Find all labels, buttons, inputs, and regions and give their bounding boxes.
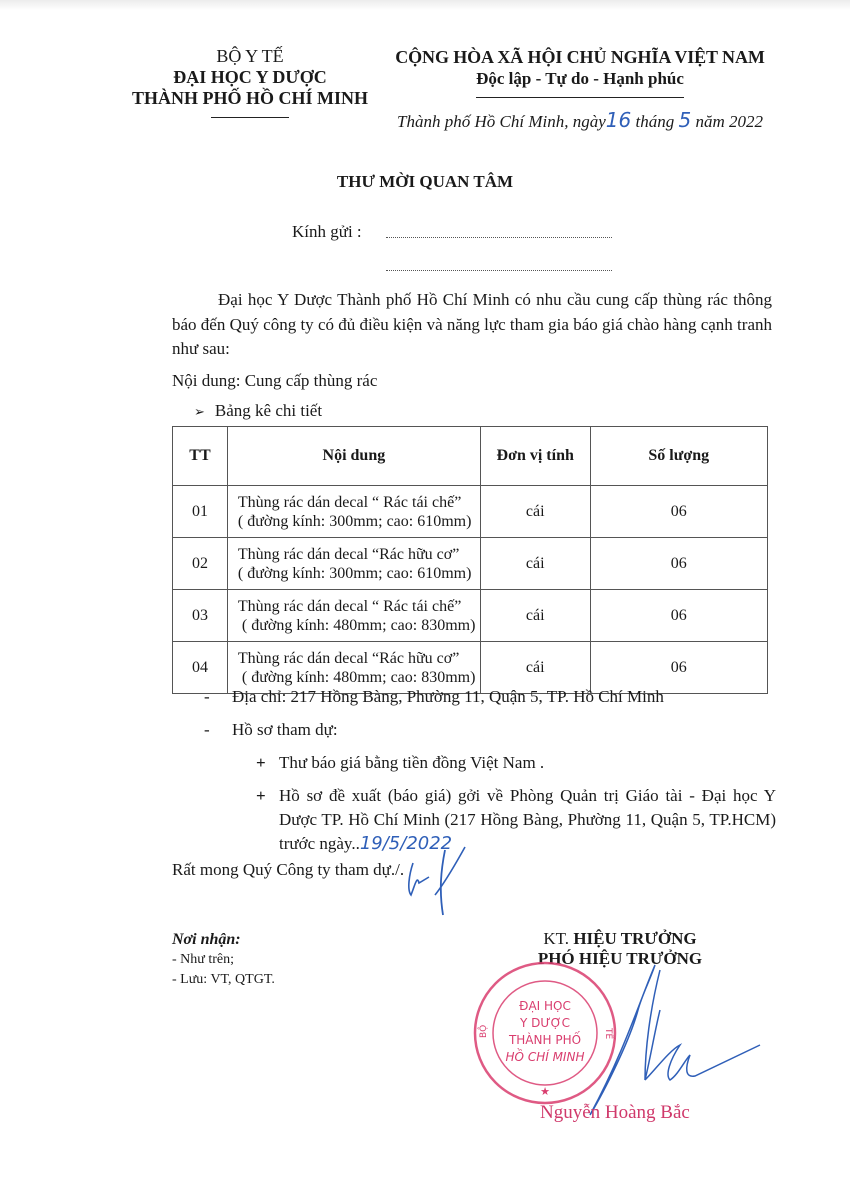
dossier-subitem-text: Thư báo giá bằng tiền đồng Việt Nam . — [279, 751, 776, 775]
plus-bullet: + — [256, 784, 266, 808]
cell-unit: cái — [480, 486, 590, 538]
deadline-handwritten: 19/5/2022 — [360, 833, 452, 854]
national-motto: Độc lập - Tự do - Hạnh phúc — [384, 68, 776, 90]
stamp-star-icon: ★ — [540, 1086, 550, 1098]
cell-unit: cái — [480, 590, 590, 642]
column-header-content: Nội dung — [227, 427, 480, 486]
intro-text: Đại học Y Dược Thành phố Hồ Chí Minh có … — [172, 290, 772, 358]
recipient-item: - Lưu: VT, QTGT. — [172, 970, 275, 990]
description-line2: ( đường kính: 480mm; cao: 830mm) — [238, 616, 479, 635]
university-name-line2: THÀNH PHỐ HỒ CHÍ MINH — [120, 88, 380, 109]
dash-bullet: - — [204, 718, 232, 742]
table-row: 01 Thùng rác dán decal “ Rác tái chế”( đ… — [173, 486, 768, 538]
ministry-name: BỘ Y TẾ — [120, 46, 380, 67]
recipients-heading: Nơi nhận: — [172, 930, 275, 950]
initials-signature — [395, 845, 485, 920]
dossier-subitem: + Thư báo giá bằng tiền đồng Việt Nam . — [256, 751, 776, 775]
dash-bullet: - — [204, 685, 232, 709]
university-name-line1: ĐẠI HỌC Y DƯỢC — [120, 67, 380, 88]
stamp-line-2: Y DƯỢC — [519, 1016, 570, 1030]
signature-prefix: KT. — [543, 929, 569, 948]
dossier-subitem: + Hồ sơ đề xuất (báo giá) gởi về Phòng Q… — [256, 784, 776, 856]
date-month-handwritten: 5 — [678, 108, 691, 132]
arrow-bullet-icon: ➢ — [194, 405, 205, 420]
cell-quantity: 06 — [590, 590, 767, 642]
cell-unit: cái — [480, 538, 590, 590]
description-line2: ( đường kính: 300mm; cao: 610mm) — [238, 564, 479, 583]
signature-title-1: HIỆU TRƯỞNG — [573, 929, 696, 948]
cell-tt: 02 — [173, 538, 228, 590]
addressee-blank-line-1 — [386, 237, 612, 238]
column-header-quantity: Số lượng — [590, 427, 767, 486]
description-line1: Thùng rác dán decal “Rác hữu cơ” — [238, 649, 479, 668]
cell-tt: 03 — [173, 590, 228, 642]
table-row: 03 Thùng rác dán decal “ Rác tái chế” ( … — [173, 590, 768, 642]
cell-quantity: 06 — [590, 486, 767, 538]
stamp-side-left: BỘ — [477, 1025, 489, 1038]
stamp-line-1: ĐẠI HỌC — [519, 999, 571, 1013]
address-text: Địa chỉ: 217 Hồng Bàng, Phường 11, Quận … — [232, 687, 664, 706]
country-name: CỘNG HÒA XÃ HỘI CHỦ NGHĨA VIỆT NAM — [384, 46, 776, 68]
cell-quantity: 06 — [590, 538, 767, 590]
month-label: tháng — [635, 112, 674, 131]
dossier-text: Hồ sơ tham dự: — [232, 720, 338, 739]
document-date: Thành phố Hồ Chí Minh, ngày16 tháng 5 nă… — [384, 108, 776, 132]
stamp-line-3: THÀNH PHỐ — [508, 1031, 581, 1047]
date-prefix: Thành phố Hồ Chí Minh, ngày — [397, 112, 606, 131]
items-table: TT Nội dung Đơn vị tính Số lượng 01 Thùn… — [172, 426, 768, 694]
address-item: -Địa chỉ: 217 Hồng Bàng, Phường 11, Quận… — [204, 685, 664, 709]
addressee-blank-line-2 — [386, 270, 612, 271]
description-line2: ( đường kính: 480mm; cao: 830mm) — [238, 668, 479, 687]
description-line2: ( đường kính: 300mm; cao: 610mm) — [238, 512, 479, 531]
detail-heading-text: Bảng kê chi tiết — [215, 401, 322, 420]
recipient-item: - Như trên; — [172, 950, 275, 970]
cell-description: Thùng rác dán decal “ Rác tái chế” ( đườ… — [227, 590, 480, 642]
submission-instructions: Hồ sơ đề xuất (báo giá) gởi về Phòng Quả… — [279, 786, 776, 853]
plus-bullet: + — [256, 751, 266, 775]
intro-paragraph: Đại học Y Dược Thành phố Hồ Chí Minh có … — [172, 288, 772, 362]
scan-edge — [0, 0, 850, 10]
cell-tt: 01 — [173, 486, 228, 538]
column-header-unit: Đơn vị tính — [480, 427, 590, 486]
dossier-item: -Hồ sơ tham dự: — [204, 718, 338, 742]
closing-line: Rất mong Quý Công ty tham dự./. — [172, 860, 404, 880]
header-underline — [211, 117, 289, 118]
description-line1: Thùng rác dán decal “Rác hữu cơ” — [238, 545, 479, 564]
stamp-side-right: TẾ — [603, 1027, 615, 1039]
issuer-header: BỘ Y TẾ ĐẠI HỌC Y DƯỢC THÀNH PHỐ HỒ CHÍ … — [120, 46, 380, 118]
greeting-label: Kính gửi : — [292, 222, 362, 242]
national-header: CỘNG HÒA XÃ HỘI CHỦ NGHĨA VIỆT NAM Độc l… — [384, 46, 776, 98]
motto-underline — [476, 97, 684, 98]
stamp-line-4: HỒ CHÍ MINH — [506, 1048, 585, 1064]
document-title: THƯ MỜI QUAN TÂM — [0, 172, 850, 192]
official-stamp-icon: ĐẠI HỌC Y DƯỢC THÀNH PHỐ HỒ CHÍ MINH BỘ … — [470, 958, 620, 1108]
cell-description: Thùng rác dán decal “Rác hữu cơ”( đường … — [227, 538, 480, 590]
date-day-handwritten: 16 — [606, 108, 631, 132]
table-row: 02 Thùng rác dán decal “Rác hữu cơ”( đườ… — [173, 538, 768, 590]
content-line: Nội dung: Cung cấp thùng rác — [172, 371, 377, 391]
recipients-block: Nơi nhận: - Như trên; - Lưu: VT, QTGT. — [172, 930, 275, 990]
cell-description: Thùng rác dán decal “ Rác tái chế”( đườn… — [227, 486, 480, 538]
signer-name: Nguyễn Hoàng Bắc — [540, 1102, 690, 1124]
table-header-row: TT Nội dung Đơn vị tính Số lượng — [173, 427, 768, 486]
column-header-tt: TT — [173, 427, 228, 486]
year-label: năm 2022 — [695, 112, 763, 131]
detail-heading: ➢Bảng kê chi tiết — [194, 401, 322, 421]
description-line1: Thùng rác dán decal “ Rác tái chế” — [238, 597, 479, 616]
dossier-subitem-text: Hồ sơ đề xuất (báo giá) gởi về Phòng Quả… — [279, 784, 776, 856]
description-line1: Thùng rác dán decal “ Rác tái chế” — [238, 493, 479, 512]
